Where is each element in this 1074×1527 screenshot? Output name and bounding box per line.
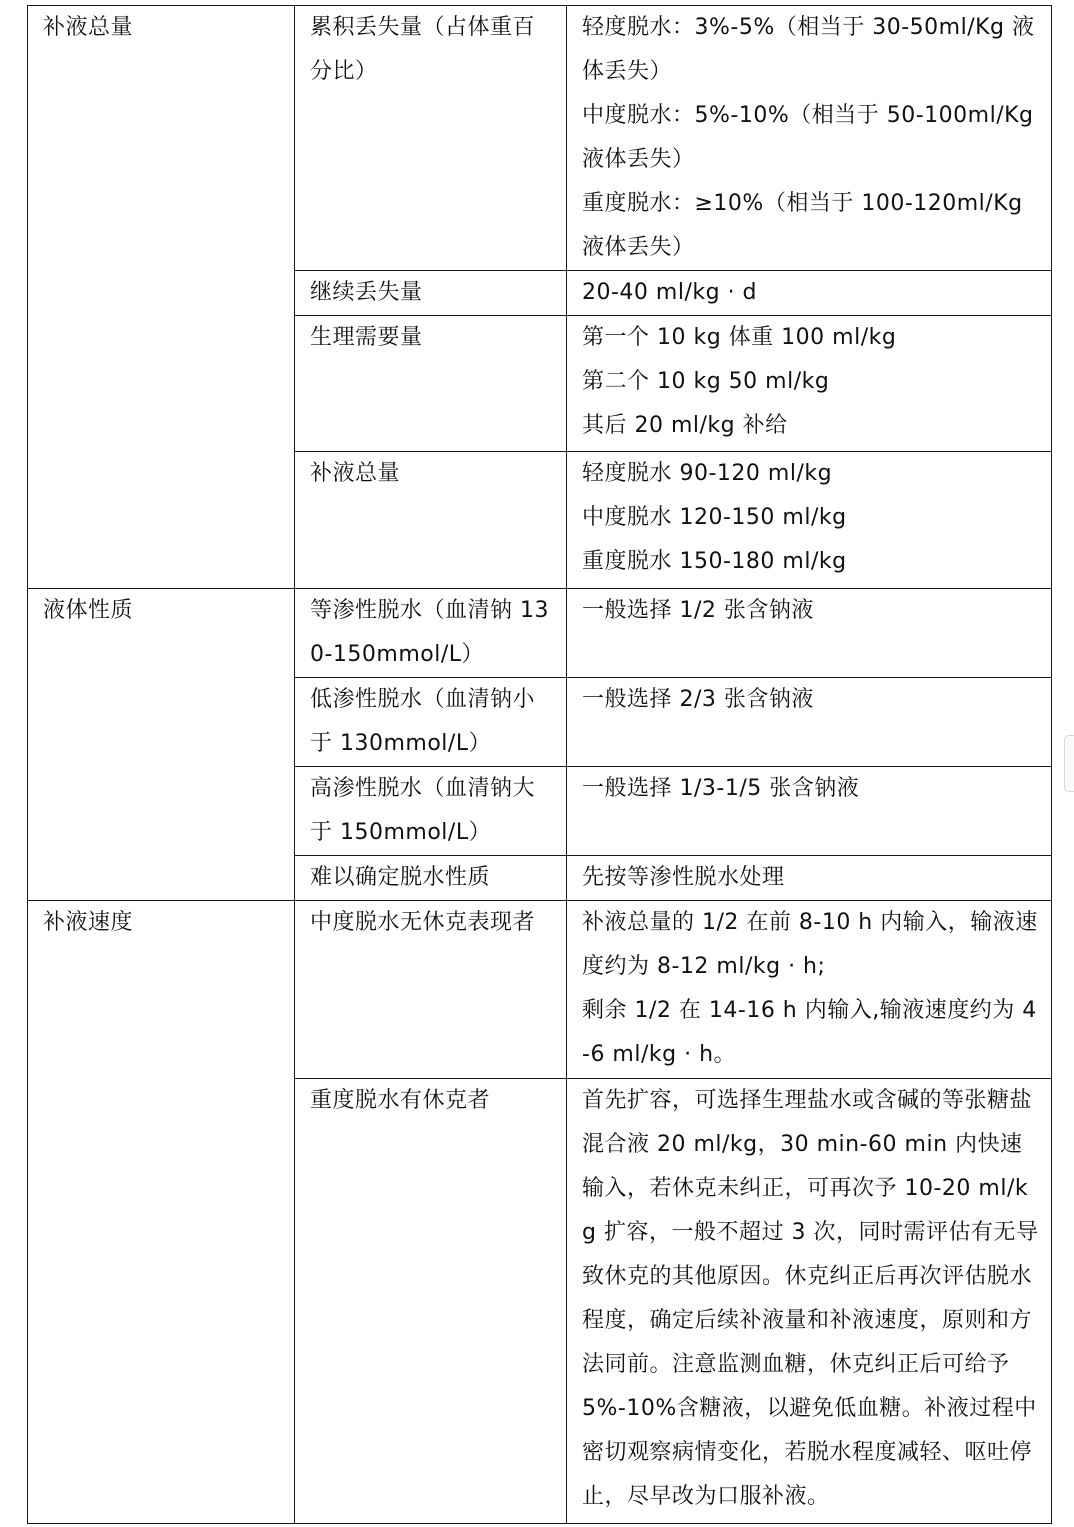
item-cell: 补液总量 bbox=[295, 452, 567, 589]
item-cell: 重度脱水有休克者 bbox=[295, 1079, 567, 1524]
detail-cell: 一般选择 2/3 张含钠液 bbox=[567, 678, 1052, 767]
detail-line: 第一个 10 kg 体重 100 ml/kg bbox=[582, 316, 1039, 360]
detail-line: 首先扩容，可选择生理盐水或含碱的等张糖盐混合液 20 ml/kg，30 min-… bbox=[582, 1079, 1039, 1519]
side-scroll-tab[interactable] bbox=[1064, 735, 1074, 792]
detail-cell: 一般选择 1/3-1/5 张含钠液 bbox=[567, 767, 1052, 856]
detail-cell: 第一个 10 kg 体重 100 ml/kg第二个 10 kg 50 ml/kg… bbox=[567, 316, 1052, 452]
detail-cell: 补液总量的 1/2 在前 8-10 h 内输入，输液速度约为 8-12 ml/k… bbox=[567, 901, 1052, 1079]
detail-cell: 轻度脱水 90-120 ml/kg中度脱水 120-150 ml/kg重度脱水 … bbox=[567, 452, 1052, 589]
detail-cell: 一般选择 1/2 张含钠液 bbox=[567, 589, 1052, 678]
detail-line: 中度脱水：5%-10%（相当于 50-100ml/Kg 液体丢失） bbox=[582, 94, 1039, 182]
detail-cell: 首先扩容，可选择生理盐水或含碱的等张糖盐混合液 20 ml/kg，30 min-… bbox=[567, 1079, 1052, 1524]
detail-line: 20-40 ml/kg · d bbox=[582, 271, 1039, 315]
detail-line: 一般选择 2/3 张含钠液 bbox=[582, 678, 1039, 722]
detail-line: 先按等渗性脱水处理 bbox=[582, 856, 1039, 900]
detail-line: 中度脱水 120-150 ml/kg bbox=[582, 496, 1039, 540]
detail-line: 一般选择 1/2 张含钠液 bbox=[582, 589, 1039, 633]
item-cell: 高渗性脱水（血清钠大于 150mmol/L） bbox=[295, 767, 567, 856]
item-cell: 累积丢失量（占体重百分比） bbox=[295, 6, 567, 271]
detail-line: 第二个 10 kg 50 ml/kg bbox=[582, 360, 1039, 404]
item-cell: 低渗性脱水（血清钠小于 130mmol/L） bbox=[295, 678, 567, 767]
detail-line: 一般选择 1/3-1/5 张含钠液 bbox=[582, 767, 1039, 811]
item-cell: 继续丢失量 bbox=[295, 271, 567, 316]
detail-line: 剩余 1/2 在 14-16 h 内输入,输液速度约为 4-6 ml/kg · … bbox=[582, 989, 1039, 1077]
category-cell: 补液速度 bbox=[28, 901, 295, 1524]
detail-cell: 20-40 ml/kg · d bbox=[567, 271, 1052, 316]
detail-line: 其后 20 ml/kg 补给 bbox=[582, 404, 1039, 448]
fluid-therapy-table: 补液总量累积丢失量（占体重百分比）轻度脱水：3%-5%（相当于 30-50ml/… bbox=[27, 5, 1052, 1524]
detail-line: 轻度脱水 90-120 ml/kg bbox=[582, 452, 1039, 496]
detail-cell: 先按等渗性脱水处理 bbox=[567, 856, 1052, 901]
item-cell: 等渗性脱水（血清钠 130-150mmol/L） bbox=[295, 589, 567, 678]
table-row: 液体性质等渗性脱水（血清钠 130-150mmol/L）一般选择 1/2 张含钠… bbox=[28, 589, 1052, 678]
detail-line: 重度脱水：≥10%（相当于 100-120ml/Kg 液体丢失） bbox=[582, 182, 1039, 270]
detail-cell: 轻度脱水：3%-5%（相当于 30-50ml/Kg 液体丢失）中度脱水：5%-1… bbox=[567, 6, 1052, 271]
table-row: 补液速度中度脱水无休克表现者补液总量的 1/2 在前 8-10 h 内输入，输液… bbox=[28, 901, 1052, 1079]
item-cell: 难以确定脱水性质 bbox=[295, 856, 567, 901]
detail-line: 轻度脱水：3%-5%（相当于 30-50ml/Kg 液体丢失） bbox=[582, 6, 1039, 94]
detail-line: 补液总量的 1/2 在前 8-10 h 内输入，输液速度约为 8-12 ml/k… bbox=[582, 901, 1039, 989]
table-row: 补液总量累积丢失量（占体重百分比）轻度脱水：3%-5%（相当于 30-50ml/… bbox=[28, 6, 1052, 271]
category-cell: 补液总量 bbox=[28, 6, 295, 589]
category-cell: 液体性质 bbox=[28, 589, 295, 901]
item-cell: 生理需要量 bbox=[295, 316, 567, 452]
detail-line: 重度脱水 150-180 ml/kg bbox=[582, 540, 1039, 584]
item-cell: 中度脱水无休克表现者 bbox=[295, 901, 567, 1079]
